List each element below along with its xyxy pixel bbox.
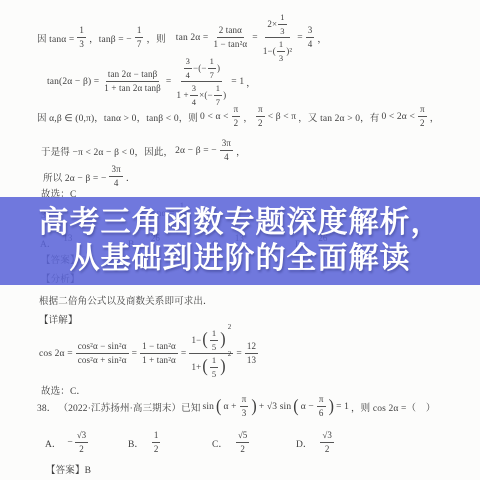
- fraction: 34 −(− 17 ) 1 + 34 ×(− 17 ): [174, 56, 228, 108]
- fraction: 12: [152, 430, 161, 456]
- numerator: π: [232, 104, 241, 117]
- fraction: 2 tanα1 − tan²α: [211, 25, 249, 51]
- fraction: 1 − tan²α1 + tan²α: [140, 341, 178, 367]
- fraction: 3π4: [220, 138, 233, 164]
- math-text: tan(2α − β) =: [47, 77, 99, 87]
- math-text: ，则 cos 2α =（ ）: [351, 400, 435, 414]
- document-page: 因 tanα = 13 ，tanβ = − 17 ，则 tan 2α = 2 t…: [0, 0, 480, 480]
- numerator: π: [256, 104, 265, 117]
- fraction: 1− ( 15 ) 2 1+ ( 15 ) 2: [189, 328, 233, 380]
- fraction: π2: [418, 104, 427, 130]
- math-text: 因 tanα =: [37, 31, 74, 45]
- numerator: √3: [320, 430, 333, 443]
- denominator: cos²α + sin²α: [76, 354, 129, 366]
- fraction: 13: [77, 25, 86, 51]
- answer38: 【答案】B: [45, 462, 92, 476]
- fraction: 34: [306, 25, 315, 51]
- math-text: 2α − β = −: [175, 146, 217, 156]
- question38-options: A． − √32 B． 12 C． √52 D． √32: [0, 430, 480, 456]
- numerator: 3π: [109, 164, 122, 177]
- numerator: √5: [236, 430, 249, 443]
- denominator: 2: [232, 117, 241, 129]
- fraction: 15: [210, 328, 218, 352]
- math-text: =: [297, 33, 303, 43]
- math-text: ，则: [146, 31, 165, 45]
- math-text: =: [252, 33, 258, 43]
- analysis-text: 根据二倍角公式以及商数关系即可求出．: [38, 293, 214, 307]
- left-paren: (: [216, 398, 221, 416]
- math-text: ，tanβ = −: [89, 31, 132, 45]
- numerator: 1: [135, 25, 144, 38]
- numerator: 1: [214, 83, 222, 96]
- numerator: π: [240, 394, 249, 407]
- numerator: π: [418, 104, 427, 117]
- math-text: ，: [430, 110, 440, 124]
- math-text: ，又 tan 2α > 0，有: [298, 110, 379, 124]
- numerator: 12: [245, 341, 258, 354]
- math-text: α −: [301, 402, 314, 412]
- math-text: 1−: [191, 335, 201, 346]
- fraction: 13: [278, 12, 286, 36]
- solution37-step4: 于是得 −π < 2α − β < 0，因此， 2α − β = − 3π4 ，: [40, 138, 247, 164]
- question-source: （2022·江苏扬州·高三期末）已知: [58, 400, 200, 414]
- text: 根据二倍角公式以及商数关系即可求出．: [39, 293, 213, 307]
- math-text: )²: [286, 46, 292, 57]
- option-b: B． 12: [128, 430, 162, 456]
- fraction: tan 2α − tanβ1 + tan 2α tanβ: [102, 69, 163, 95]
- numerator: π: [317, 394, 326, 407]
- numerator: 1: [77, 25, 86, 38]
- math-text: ): [223, 90, 226, 101]
- denominator: 2: [418, 117, 427, 129]
- fraction: 15: [210, 355, 218, 379]
- math-text: = 1: [231, 77, 244, 87]
- math-text: 所以 2α − β = −: [43, 170, 106, 184]
- numerator: 1: [208, 56, 216, 69]
- numerator: 34 −(− 17 ): [181, 56, 223, 82]
- denominator: 13: [245, 354, 258, 366]
- right-paren: ): [220, 358, 225, 376]
- option-d: D． √32: [296, 430, 336, 456]
- exponent: 2: [228, 324, 232, 331]
- left-paren: (: [202, 358, 207, 376]
- denominator: 1 + tan²α: [140, 354, 178, 366]
- math-text: tan 2α =: [176, 33, 209, 43]
- denominator: 6: [317, 407, 326, 419]
- option-label: D．: [296, 436, 312, 450]
- numerator: 3: [184, 56, 192, 69]
- denominator: 2: [256, 117, 265, 129]
- banner-title-line2: 从基础到进阶的全面解读: [70, 241, 411, 277]
- denominator: 3: [240, 407, 249, 419]
- option-label: C．: [212, 436, 228, 450]
- math-text: =: [132, 349, 138, 359]
- math-text: sin: [202, 402, 214, 412]
- math-text: 于是得 −π < 2α − β < 0，因此，: [41, 144, 173, 158]
- denominator: 2: [238, 443, 247, 455]
- denominator: 7: [208, 69, 216, 81]
- solution37-step2: tan(2α − β) = tan 2α − tanβ1 + tan 2α ta…: [46, 56, 257, 108]
- math-text: < β < π: [268, 112, 297, 122]
- math-text: cos 2α =: [39, 349, 73, 359]
- left-paren: (: [202, 331, 207, 349]
- minus-sign: −: [67, 438, 72, 448]
- right-paren: ): [220, 331, 225, 349]
- math-text: ×(−: [199, 90, 213, 101]
- numerator: 2 tanα: [217, 25, 244, 38]
- fraction: 3π4: [109, 164, 122, 190]
- fraction: √32: [320, 430, 333, 456]
- numerator: √3: [75, 430, 88, 443]
- denominator: 4: [184, 69, 192, 81]
- math-text: ．: [126, 170, 136, 184]
- math-text: ，: [246, 75, 256, 89]
- denominator: 3: [278, 25, 286, 37]
- numerator: 3: [306, 25, 315, 38]
- fraction: √52: [236, 430, 249, 456]
- math-text: 因 α,β ∈ (0,π)，tanα > 0，tanβ < 0，则: [37, 110, 198, 124]
- denominator: 7: [135, 38, 144, 50]
- numerator: 3: [190, 83, 198, 96]
- math-text: ，: [236, 144, 246, 158]
- denominator: 5: [210, 341, 218, 353]
- left-paren: (: [293, 398, 298, 416]
- right-paren: ): [251, 398, 256, 416]
- denominator: 1+ ( 15 ) 2: [189, 354, 233, 379]
- detail-label: 【详解】: [39, 312, 78, 326]
- denominator: 4: [306, 38, 315, 50]
- fraction: 17: [208, 56, 216, 80]
- math-text: 1+: [191, 362, 201, 373]
- denominator: 1 − tan²α: [211, 38, 249, 50]
- question38: 38． （2022·江苏扬州·高三期末）已知 sin ( α + π3 ) + …: [36, 394, 437, 420]
- math-text: ，: [317, 31, 327, 45]
- denominator: 2: [152, 443, 161, 455]
- fraction: 1213: [245, 341, 258, 367]
- option-label: B．: [128, 436, 144, 450]
- question-number: 38．: [37, 400, 56, 414]
- math-text: 1−(: [263, 46, 276, 57]
- fraction: 2× 13 1−( 13 )²: [261, 12, 294, 64]
- denominator: 3: [77, 38, 86, 50]
- math-text: + √3 sin: [259, 402, 291, 412]
- denominator: 4: [222, 151, 231, 163]
- fraction: π6: [317, 394, 326, 420]
- denominator: 2: [77, 443, 86, 455]
- numerator: 3π: [220, 138, 233, 151]
- numerator: tan 2α − tanβ: [106, 69, 160, 82]
- exponent: 2: [228, 351, 232, 358]
- banner-title-line1: 高考三角函数专题深度解析，: [39, 205, 442, 241]
- numerator: 1 − tan²α: [140, 341, 178, 354]
- numerator: 1: [210, 355, 218, 368]
- option-a: A． − √32: [45, 430, 90, 456]
- denominator: 1−( 13 )²: [261, 38, 294, 63]
- math-text: = 1: [336, 402, 349, 412]
- option-label: A．: [45, 436, 61, 450]
- math-text: ): [217, 63, 220, 74]
- fraction: 34: [184, 56, 192, 80]
- solution37-step3: 因 α,β ∈ (0,π)，tanα > 0，tanβ < 0，则 0 < α …: [36, 104, 440, 130]
- math-text: 1 +: [176, 90, 188, 101]
- math-text: α +: [224, 402, 237, 412]
- solution37-detail-formula: cos 2α = cos²α − sin²αcos²α + sin²α = 1 …: [38, 328, 260, 380]
- denominator: 3: [277, 52, 285, 64]
- detail-label: 【详解】: [38, 312, 79, 326]
- math-text: −(−: [193, 63, 207, 74]
- denominator: 2: [323, 443, 332, 455]
- fraction: 17: [135, 25, 144, 51]
- fraction: π3: [240, 394, 249, 420]
- fraction: √32: [75, 430, 88, 456]
- math-text: 0 < 2α <: [381, 112, 415, 122]
- numerator: 1: [210, 328, 218, 341]
- denominator: 4: [112, 177, 121, 189]
- numerator: 1: [278, 12, 286, 25]
- fraction: π2: [232, 104, 241, 130]
- denominator: 5: [210, 368, 218, 380]
- math-text: 2×: [267, 19, 277, 30]
- numerator: 1: [277, 39, 285, 52]
- option-c: C． √52: [212, 430, 251, 456]
- fraction: 13: [277, 39, 285, 63]
- math-text: =: [166, 77, 172, 87]
- numerator: 2× 13: [265, 12, 289, 38]
- fraction: cos²α − sin²αcos²α + sin²α: [76, 341, 129, 367]
- numerator: 1: [152, 430, 161, 443]
- right-paren: ): [329, 398, 334, 416]
- answer-label: 【答案】B: [46, 462, 91, 476]
- math-text: =: [236, 349, 242, 359]
- promo-banner: 高考三角函数专题深度解析， 从基础到进阶的全面解读: [0, 197, 480, 285]
- math-text: 0 < α <: [200, 112, 229, 122]
- math-text: =: [181, 349, 187, 359]
- numerator: cos²α − sin²α: [76, 341, 129, 354]
- math-text: ，: [243, 110, 253, 124]
- fraction: π2: [256, 104, 265, 130]
- denominator: 1 + tan 2α tanβ: [102, 82, 163, 94]
